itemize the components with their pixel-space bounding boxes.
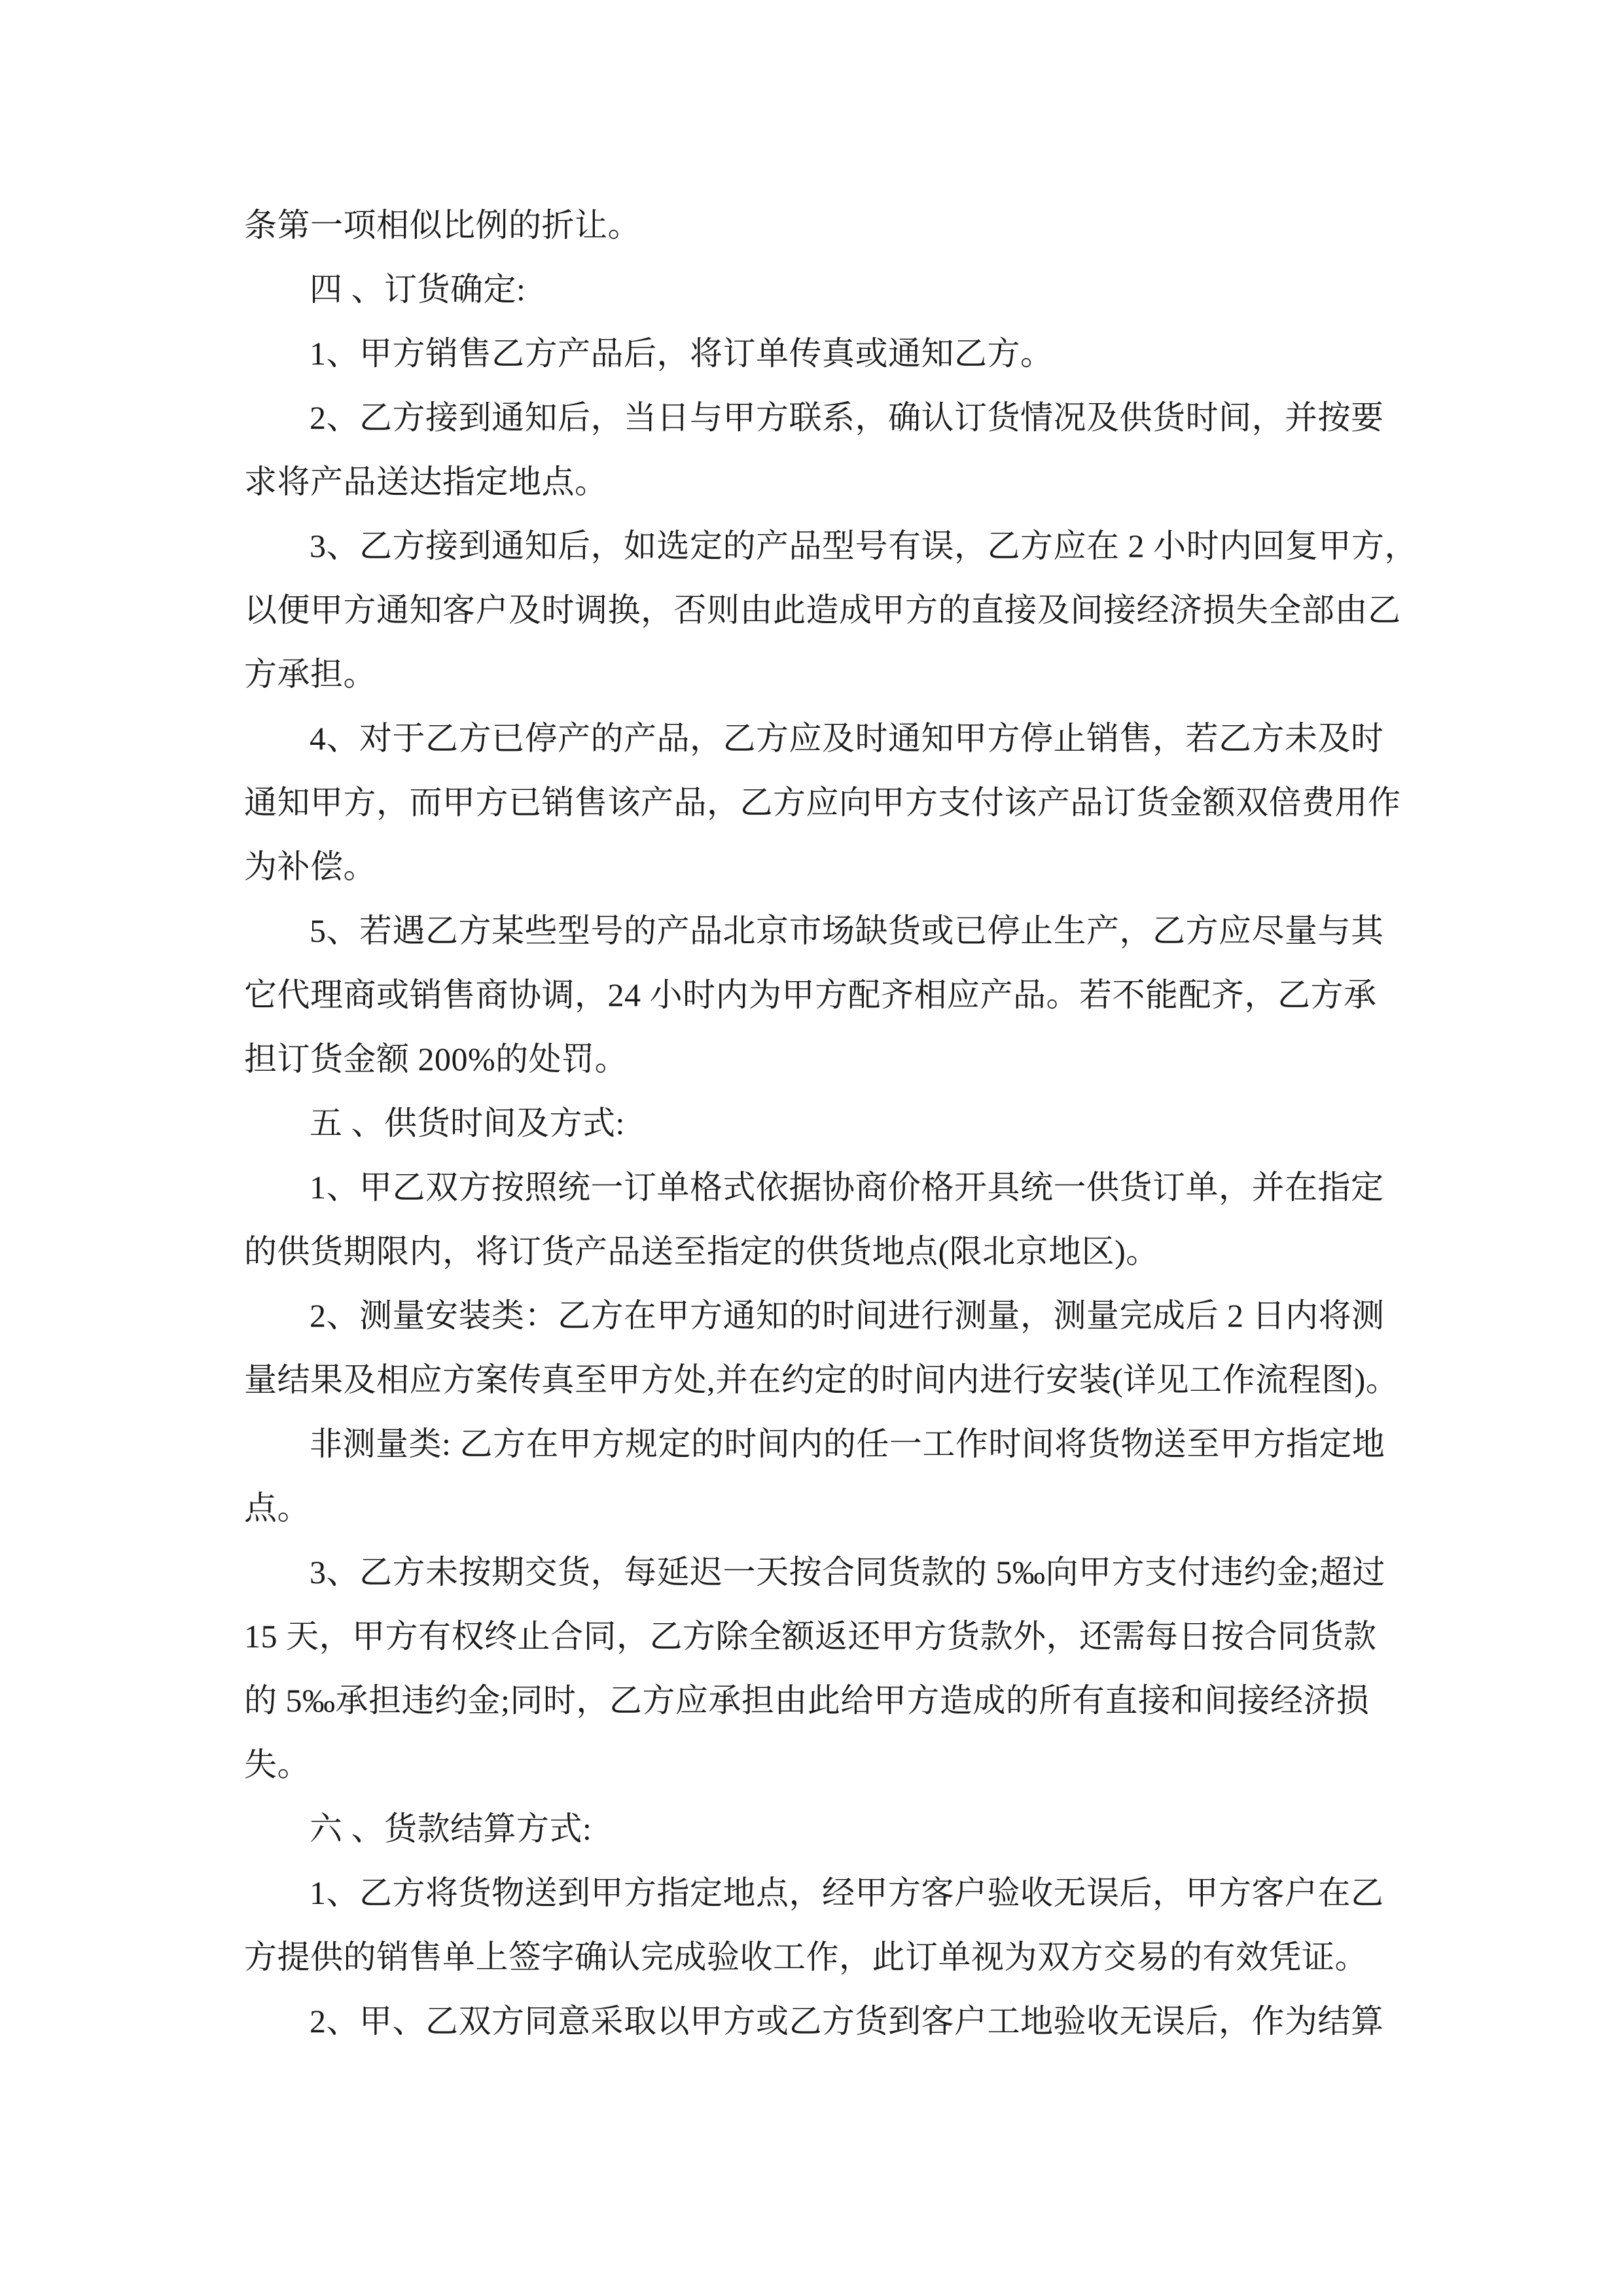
contract-text-block: 条第一项相似比例的折让。四 、订货确定:1、甲方销售乙方产品后，将订单传真或通知… xyxy=(244,193,1409,2053)
text-line: 五 、供货时间及方式: xyxy=(244,1091,1409,1155)
text-line: 3、乙方接到通知后，如选定的产品型号有误，乙方应在 2 小时内回复甲方， xyxy=(244,514,1409,578)
text-line: 方承担。 xyxy=(244,642,1409,706)
text-line: 它代理商或销售商协调，24 小时内为甲方配齐相应产品。若不能配齐，乙方承 xyxy=(244,963,1409,1027)
text-line: 为补偿。 xyxy=(244,834,1409,899)
text-line: 1、甲方销售乙方产品后，将订单传真或通知乙方。 xyxy=(244,321,1409,386)
text-line: 2、测量安装类：乙方在甲方通知的时间进行测量，测量完成后 2 日内将测 xyxy=(244,1283,1409,1348)
text-line: 条第一项相似比例的折让。 xyxy=(244,193,1409,257)
text-line: 量结果及相应方案传真至甲方处,并在约定的时间内进行安装(详见工作流程图)。 xyxy=(244,1348,1409,1412)
text-line: 担订货金额 200%的处罚。 xyxy=(244,1027,1409,1091)
text-line: 非测量类: 乙方在甲方规定的时间内的任一工作时间将货物送至甲方指定地 xyxy=(244,1412,1409,1476)
text-line: 3、乙方未按期交货，每延迟一天按合同货款的 5‰向甲方支付违约金;超过 xyxy=(244,1540,1409,1604)
text-line: 点。 xyxy=(244,1476,1409,1540)
text-line: 2、甲、乙双方同意采取以甲方或乙方货到客户工地验收无误后，作为结算 xyxy=(244,1989,1409,2053)
text-line: 2、乙方接到通知后，当日与甲方联系，确认订货情况及供货时间，并按要 xyxy=(244,386,1409,450)
text-line: 四 、订货确定: xyxy=(244,257,1409,321)
text-line: 求将产品送达指定地点。 xyxy=(244,450,1409,514)
text-line: 的供货期限内，将订货产品送至指定的供货地点(限北京地区)。 xyxy=(244,1219,1409,1283)
text-line: 方提供的销售单上签字确认完成验收工作，此订单视为双方交易的有效凭证。 xyxy=(244,1925,1409,1989)
text-line: 15 天，甲方有权终止合同，乙方除全额返还甲方货款外，还需每日按合同货款 xyxy=(244,1604,1409,1668)
text-line: 1、甲乙双方按照统一订单格式依据协商价格开具统一供货订单，并在指定 xyxy=(244,1155,1409,1219)
text-line: 5、若遇乙方某些型号的产品北京市场缺货或已停止生产，乙方应尽量与其 xyxy=(244,899,1409,963)
text-line: 的 5‰承担违约金;同时，乙方应承担由此给甲方造成的所有直接和间接经济损 xyxy=(244,1668,1409,1732)
text-line: 通知甲方，而甲方已销售该产品，乙方应向甲方支付该产品订货金额双倍费用作 xyxy=(244,770,1409,834)
text-line: 1、乙方将货物送到甲方指定地点，经甲方客户验收无误后，甲方客户在乙 xyxy=(244,1861,1409,1925)
document-page: 条第一项相似比例的折让。四 、订货确定:1、甲方销售乙方产品后，将订单传真或通知… xyxy=(0,0,1623,2296)
text-line: 六 、货款结算方式: xyxy=(244,1797,1409,1861)
text-line: 4、对于乙方已停产的产品，乙方应及时通知甲方停止销售，若乙方未及时 xyxy=(244,706,1409,770)
text-line: 失。 xyxy=(244,1732,1409,1797)
text-line: 以便甲方通知客户及时调换，否则由此造成甲方的直接及间接经济损失全部由乙 xyxy=(244,578,1409,642)
